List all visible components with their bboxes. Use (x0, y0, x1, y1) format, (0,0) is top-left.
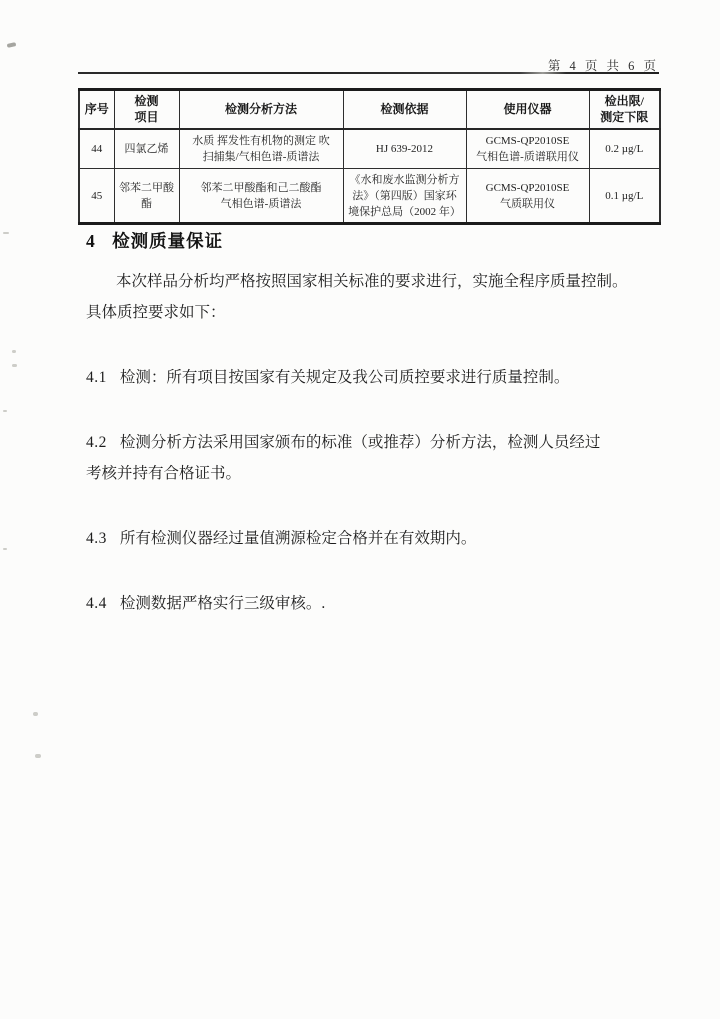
qc-intro-paragraph: 本次样品分析均严格按照国家相关标准的要求进行，实施全程序质量控制。 具体质控要求… (86, 266, 664, 328)
cell-instrument: GCMS-QP2010SE 气相色谱-质谱联用仪 (466, 129, 589, 169)
section-heading: 4 检测质量保证 (86, 229, 664, 253)
qc-item-number: 4.4 (86, 595, 107, 612)
method-table: 序号 检测 项目 检测分析方法 检测依据 使用仪器 检出限/ 测定下限 44 四… (78, 88, 661, 225)
scan-artifact (33, 712, 38, 716)
qc-section: 4 检测质量保证 本次样品分析均严格按照国家相关标准的要求进行，实施全程序质量控… (86, 229, 664, 619)
qc-item-42: 4.2检测分析方法采用国家颁布的标准（或推荐）分析方法，检测人员经过 考核并持有… (86, 396, 664, 489)
section-title: 检测质量保证 (112, 231, 223, 251)
header-rule (78, 72, 659, 74)
col-header-instrument: 使用仪器 (466, 90, 589, 129)
col-header-item: 检测 项目 (114, 90, 179, 129)
qc-item-44: 4.4检测数据严格实行三级审核。. (86, 557, 664, 619)
cell-item: 邻苯二甲酸 酯 (114, 169, 179, 224)
qc-item-number: 4.2 (86, 434, 107, 451)
cell-no: 45 (79, 169, 114, 224)
section-number: 4 (86, 229, 95, 253)
qc-item-number: 4.3 (86, 530, 107, 547)
scan-artifact (7, 42, 17, 48)
table-header-row: 序号 检测 项目 检测分析方法 检测依据 使用仪器 检出限/ 测定下限 (79, 90, 660, 129)
scan-artifact (3, 410, 7, 412)
cell-basis: HJ 639-2012 (343, 129, 466, 169)
cell-limit: 0.2 µg/L (589, 129, 660, 169)
scan-artifact (35, 754, 41, 758)
scan-artifact (12, 364, 17, 367)
table-row: 45 邻苯二甲酸 酯 邻苯二甲酸酯和己二酸酯 气相色谱-质谱法 《水和废水监测分… (79, 169, 660, 224)
qc-item-text: 检测分析方法采用国家颁布的标准（或推荐）分析方法，检测人员经过 考核并持有合格证… (86, 434, 600, 482)
qc-item-number: 4.1 (86, 369, 107, 386)
scan-artifact (12, 350, 16, 353)
scan-artifact (3, 548, 7, 550)
qc-item-43: 4.3所有检测仪器经过量值溯源检定合格并在有效期内。 (86, 492, 664, 554)
col-header-limit: 检出限/ 测定下限 (589, 90, 660, 129)
cell-basis: 《水和废水监测分析方 法》（第四版）国家环 境保护总局（2002 年） (343, 169, 466, 224)
scanned-report-page: 第 4 页 共 6 页 序号 检测 项目 检测分析方法 检测依据 使用仪器 检出… (0, 0, 720, 1019)
qc-item-text: 检测数据严格实行三级审核。. (120, 595, 325, 612)
col-header-no: 序号 (79, 90, 114, 129)
cell-no: 44 (79, 129, 114, 169)
scan-artifact (3, 232, 9, 234)
qc-item-text: 所有检测仪器经过量值溯源检定合格并在有效期内。 (120, 530, 477, 547)
table-row: 44 四氯乙烯 水质 挥发性有机物的测定 吹 扫捕集/气相色谱-质谱法 HJ 6… (79, 129, 660, 169)
col-header-basis: 检测依据 (343, 90, 466, 129)
cell-instrument: GCMS-QP2010SE 气质联用仪 (466, 169, 589, 224)
qc-item-41: 4.1检测：所有项目按国家有关规定及我公司质控要求进行质量控制。 (86, 331, 664, 393)
col-header-method: 检测分析方法 (179, 90, 343, 129)
qc-item-text: 检测：所有项目按国家有关规定及我公司质控要求进行质量控制。 (120, 369, 570, 386)
cell-method: 水质 挥发性有机物的测定 吹 扫捕集/气相色谱-质谱法 (179, 129, 343, 169)
cell-item: 四氯乙烯 (114, 129, 179, 169)
cell-method: 邻苯二甲酸酯和己二酸酯 气相色谱-质谱法 (179, 169, 343, 224)
cell-limit: 0.1 µg/L (589, 169, 660, 224)
